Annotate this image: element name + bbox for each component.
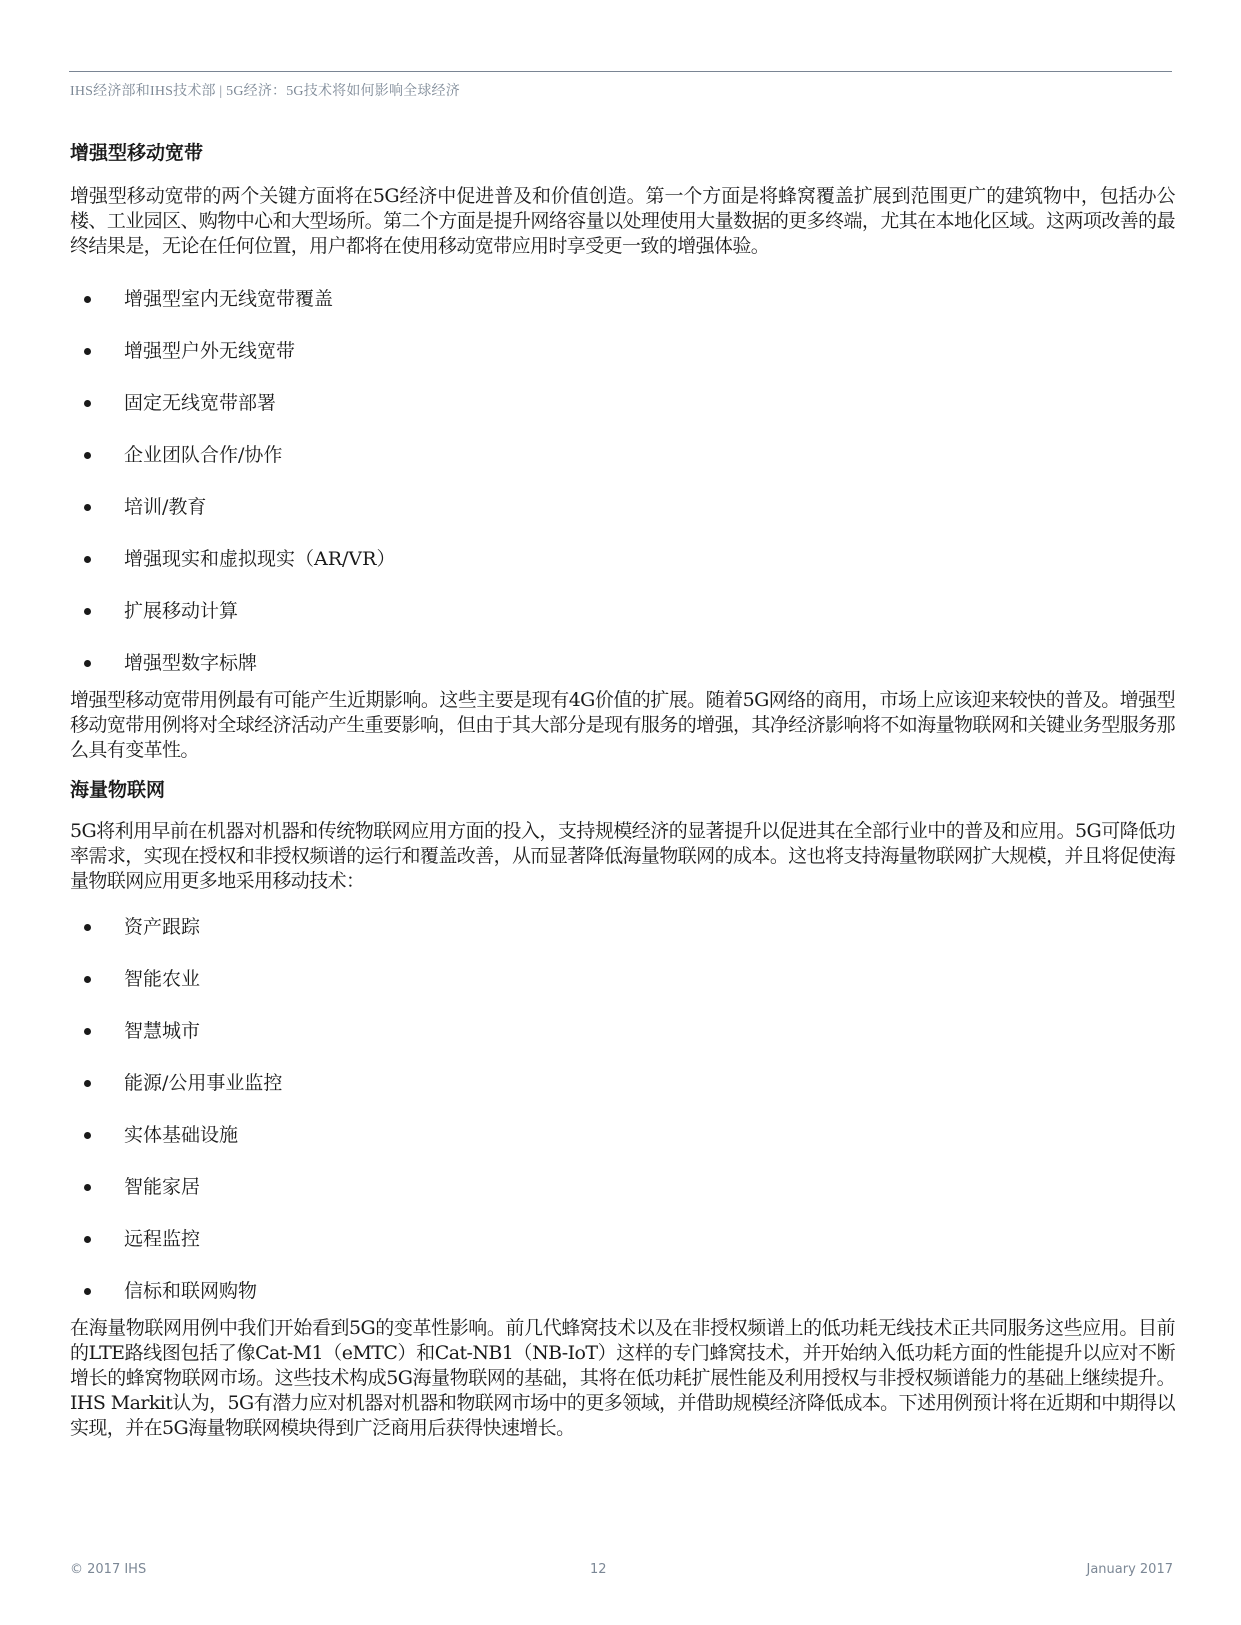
list-item: 资产跟踪: [70, 914, 1175, 966]
bullet-icon: [84, 924, 91, 931]
list-item: 企业团队合作/协作: [70, 442, 1175, 494]
bullet-icon: [84, 1080, 91, 1087]
bullet-icon: [84, 608, 91, 615]
bullet-list-miot: 资产跟踪 智能农业 智慧城市 能源/公用事业监控 实体基础设施 智能家居 远程监…: [70, 914, 1175, 1316]
bullet-icon: [84, 976, 91, 983]
bullet-icon: [84, 1184, 91, 1191]
publication-date: January 2017: [1087, 1562, 1174, 1577]
page-footer: © 2017 IHS 12 January 2017: [70, 1562, 1173, 1582]
copyright: © 2017 IHS: [70, 1562, 146, 1577]
section-title-embb: 增强型移动宽带: [70, 140, 1175, 166]
page-number: 12: [590, 1562, 607, 1577]
running-header: IHS经济部和IHS技术部 | 5G经济：5G技术将如何影响全球经济: [70, 80, 460, 100]
list-item: 智能农业: [70, 966, 1175, 1018]
list-item: 信标和联网购物: [70, 1278, 1175, 1316]
list-item: 增强型室内无线宽带覆盖: [70, 286, 1175, 338]
section-outro-embb: 增强型移动宽带用例最有可能产生近期影响。这些主要是现有4G价值的扩展。随着5G网…: [70, 688, 1175, 763]
bullet-icon: [84, 1028, 91, 1035]
bullet-icon: [84, 452, 91, 459]
bullet-icon: [84, 400, 91, 407]
bullet-icon: [84, 660, 91, 667]
bullet-icon: [84, 1132, 91, 1139]
list-item: 智慧城市: [70, 1018, 1175, 1070]
section-title-miot: 海量物联网: [70, 777, 1175, 803]
list-item: 能源/公用事业监控: [70, 1070, 1175, 1122]
bullet-icon: [84, 556, 91, 563]
list-item: 固定无线宽带部署: [70, 390, 1175, 442]
list-item: 智能家居: [70, 1174, 1175, 1226]
list-item: 实体基础设施: [70, 1122, 1175, 1174]
bullet-icon: [84, 504, 91, 511]
bullet-icon: [84, 296, 91, 303]
header-divider: [69, 71, 1172, 72]
bullet-list-embb: 增强型室内无线宽带覆盖 增强型户外无线宽带 固定无线宽带部署 企业团队合作/协作…: [70, 286, 1175, 688]
bullet-icon: [84, 348, 91, 355]
bullet-icon: [84, 1236, 91, 1243]
list-item: 增强型户外无线宽带: [70, 338, 1175, 390]
list-item: 培训/教育: [70, 494, 1175, 546]
list-item: 远程监控: [70, 1226, 1175, 1278]
section-outro-miot: 在海量物联网用例中我们开始看到5G的变革性影响。前几代蜂窝技术以及在非授权频谱上…: [70, 1316, 1175, 1441]
list-item: 扩展移动计算: [70, 598, 1175, 650]
bullet-icon: [84, 1288, 91, 1295]
page-content: 增强型移动宽带 增强型移动宽带的两个关键方面将在5G经济中促进普及和价值创造。第…: [70, 140, 1175, 1441]
section-intro-embb: 增强型移动宽带的两个关键方面将在5G经济中促进普及和价值创造。第一个方面是将蜂窝…: [70, 184, 1175, 259]
section-intro-miot: 5G将利用早前在机器对机器和传统物联网应用方面的投入，支持规模经济的显著提升以促…: [70, 819, 1175, 894]
list-item: 增强型数字标牌: [70, 650, 1175, 688]
list-item: 增强现实和虚拟现实（AR/VR）: [70, 546, 1175, 598]
